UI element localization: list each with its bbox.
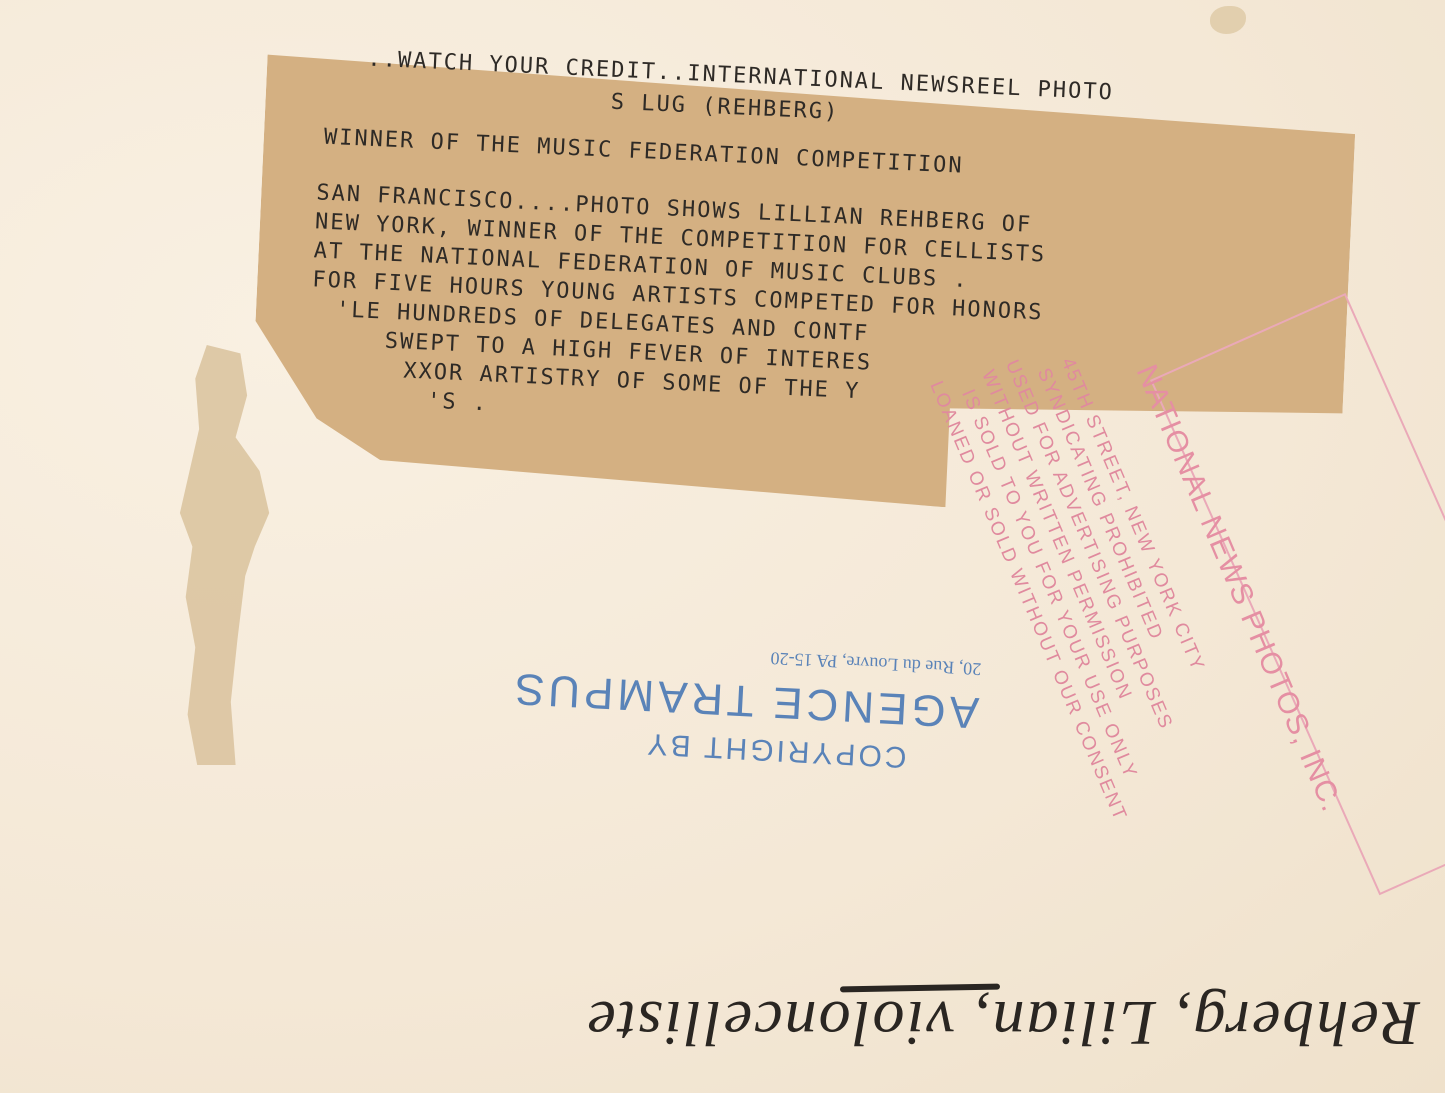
blue-stamp-line: COPYRIGHT BY	[644, 726, 908, 774]
blue-copyright-stamp: COPYRIGHT BY AGENCE TRAMPUS 20, Rue du L…	[505, 573, 985, 797]
handwritten-inscription: Rehberg, Lilian, violoncelliste	[540, 950, 1420, 1060]
caption-slug: S LUG (REHBERG)	[610, 88, 840, 127]
caption-line: 'S .	[426, 387, 488, 419]
blue-stamp-address: 20, Rue du Louvre, PA 15-20	[770, 647, 982, 679]
caption-headline: WINNER OF THE MUSIC FEDERATION COMPETITI…	[323, 123, 964, 181]
